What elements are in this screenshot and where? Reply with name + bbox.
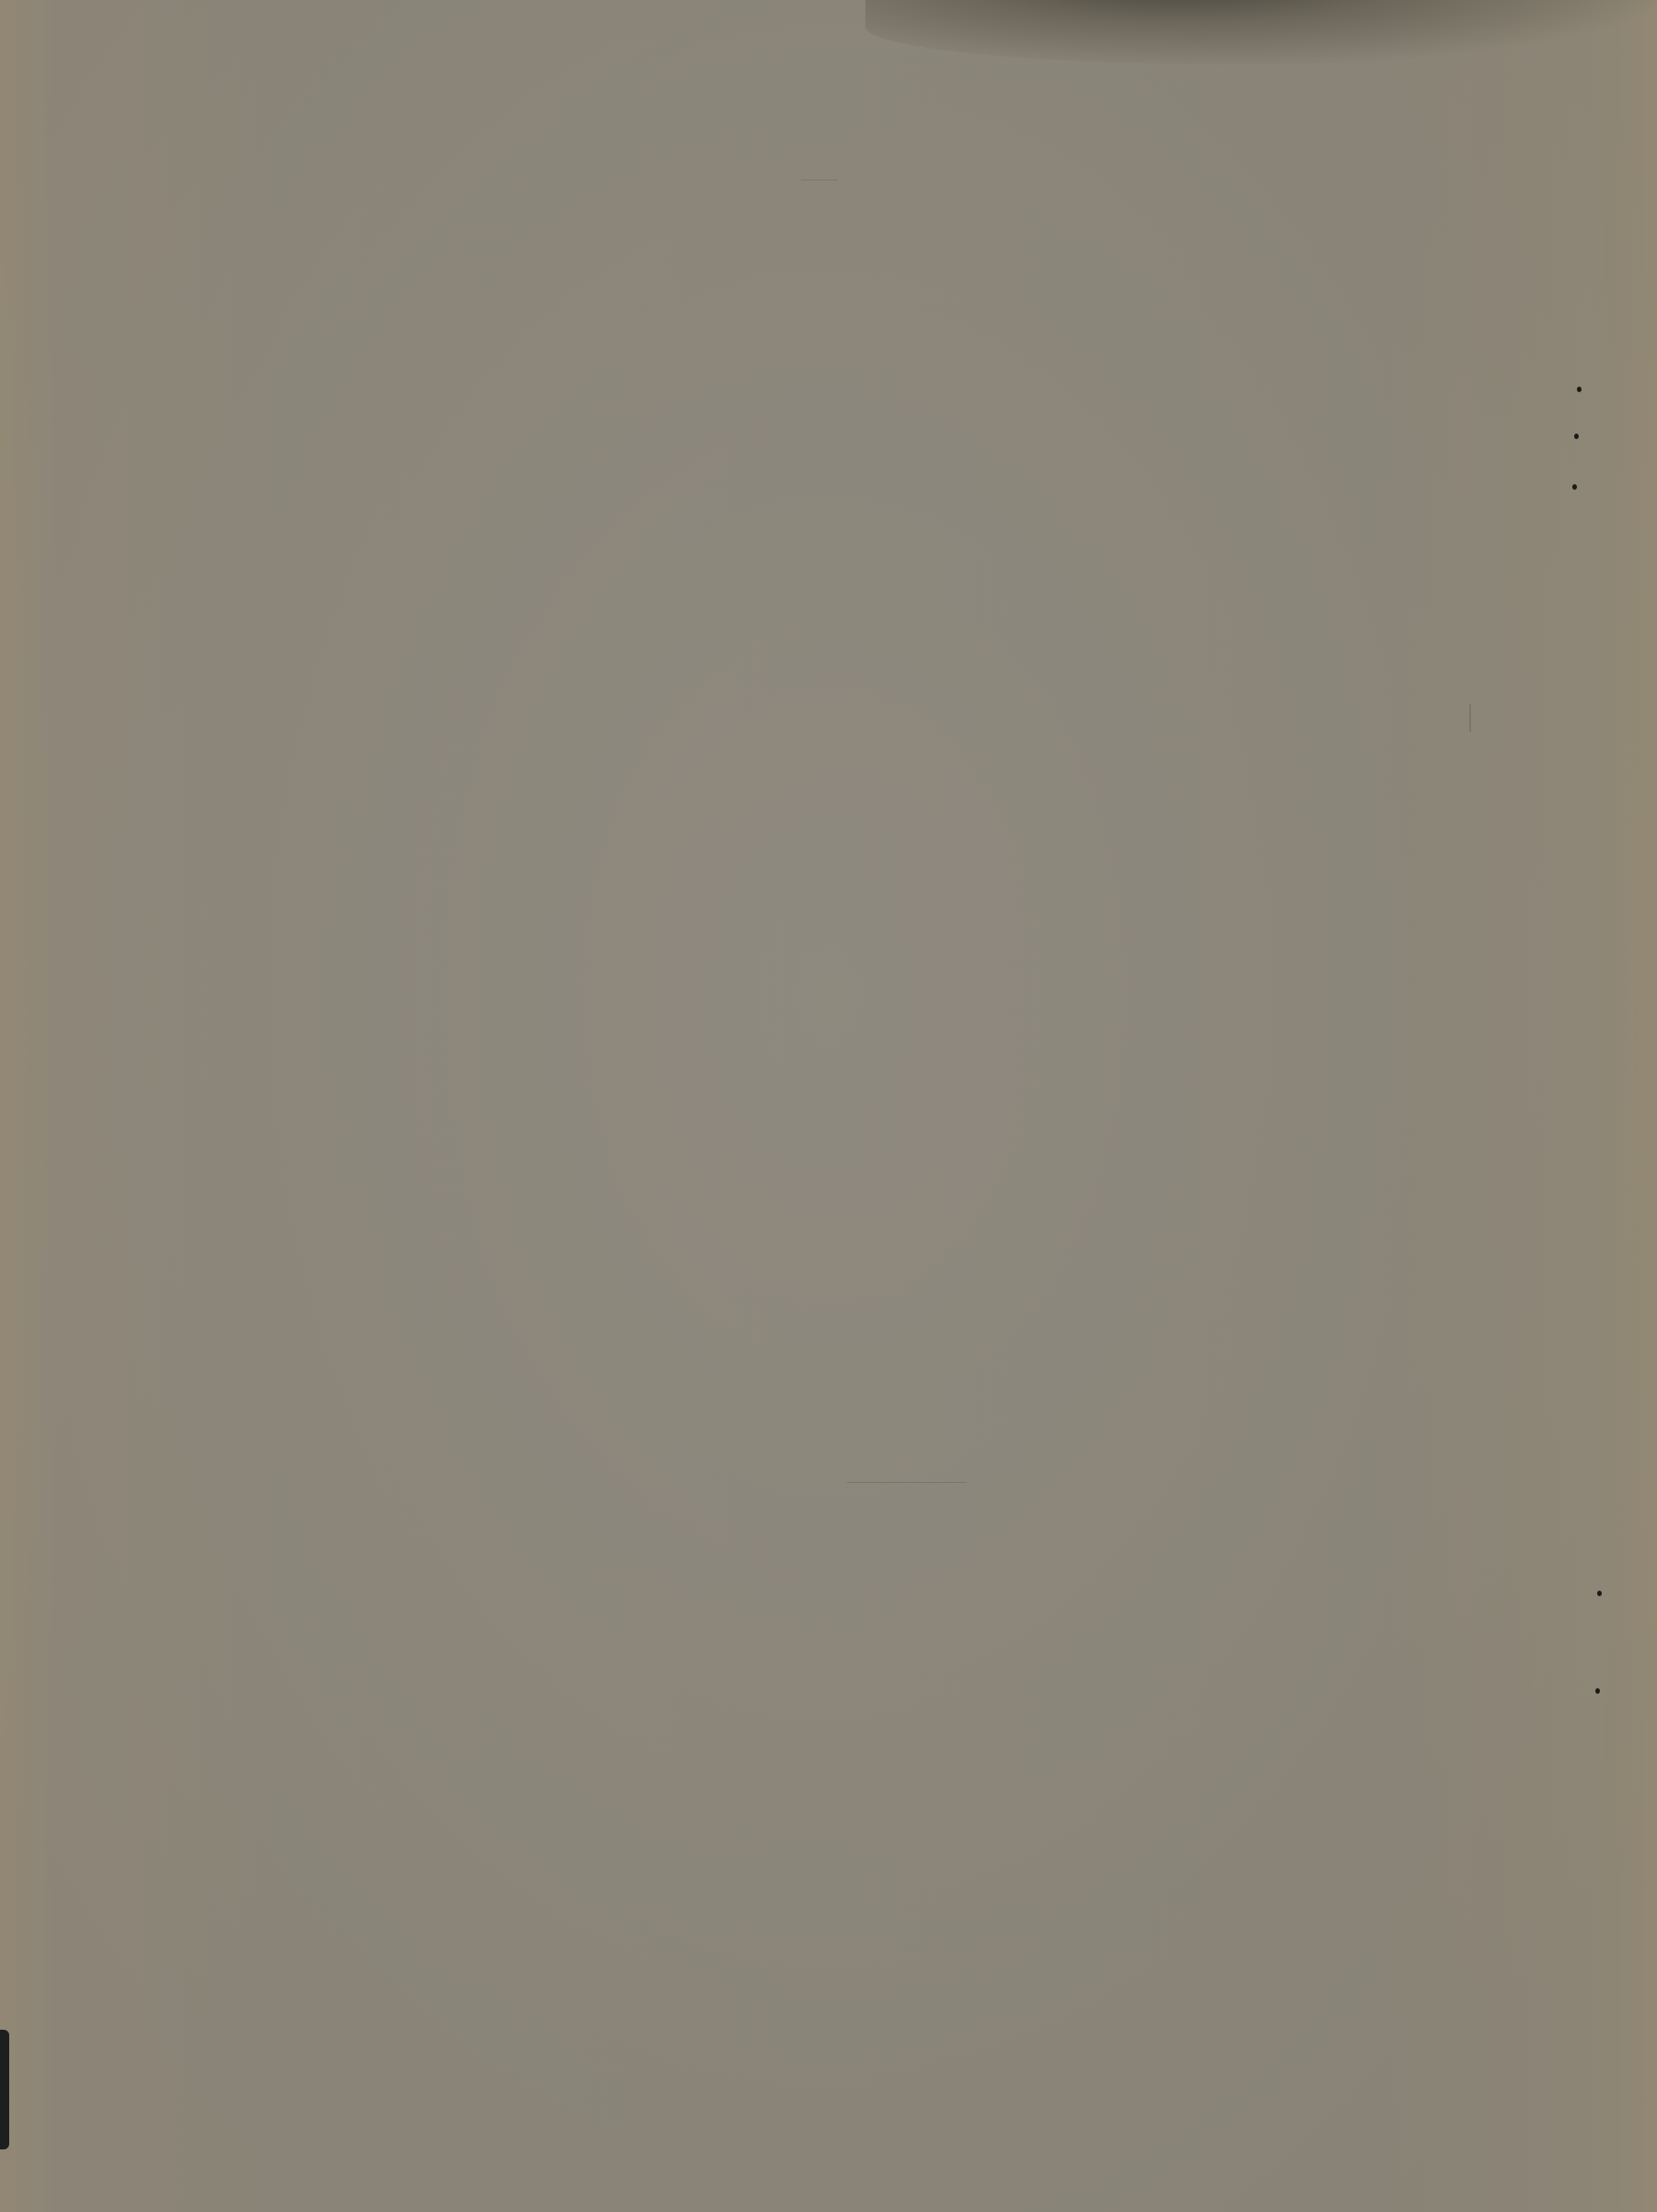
pin-hole-icon: [1574, 434, 1579, 439]
pin-hole-icon: [1597, 1591, 1602, 1596]
pin-hole-icon: [1577, 387, 1582, 392]
faint-mark: [801, 180, 838, 180]
binding-strip: [0, 2030, 9, 2149]
pin-hole-icon: [1572, 484, 1577, 490]
pin-hole-icon: [1595, 1688, 1600, 1694]
blank-paper-page: [0, 0, 1657, 2212]
top-edge-shadow: [865, 0, 1657, 64]
faint-mark: [847, 1482, 967, 1483]
faint-mark: [1469, 704, 1471, 732]
